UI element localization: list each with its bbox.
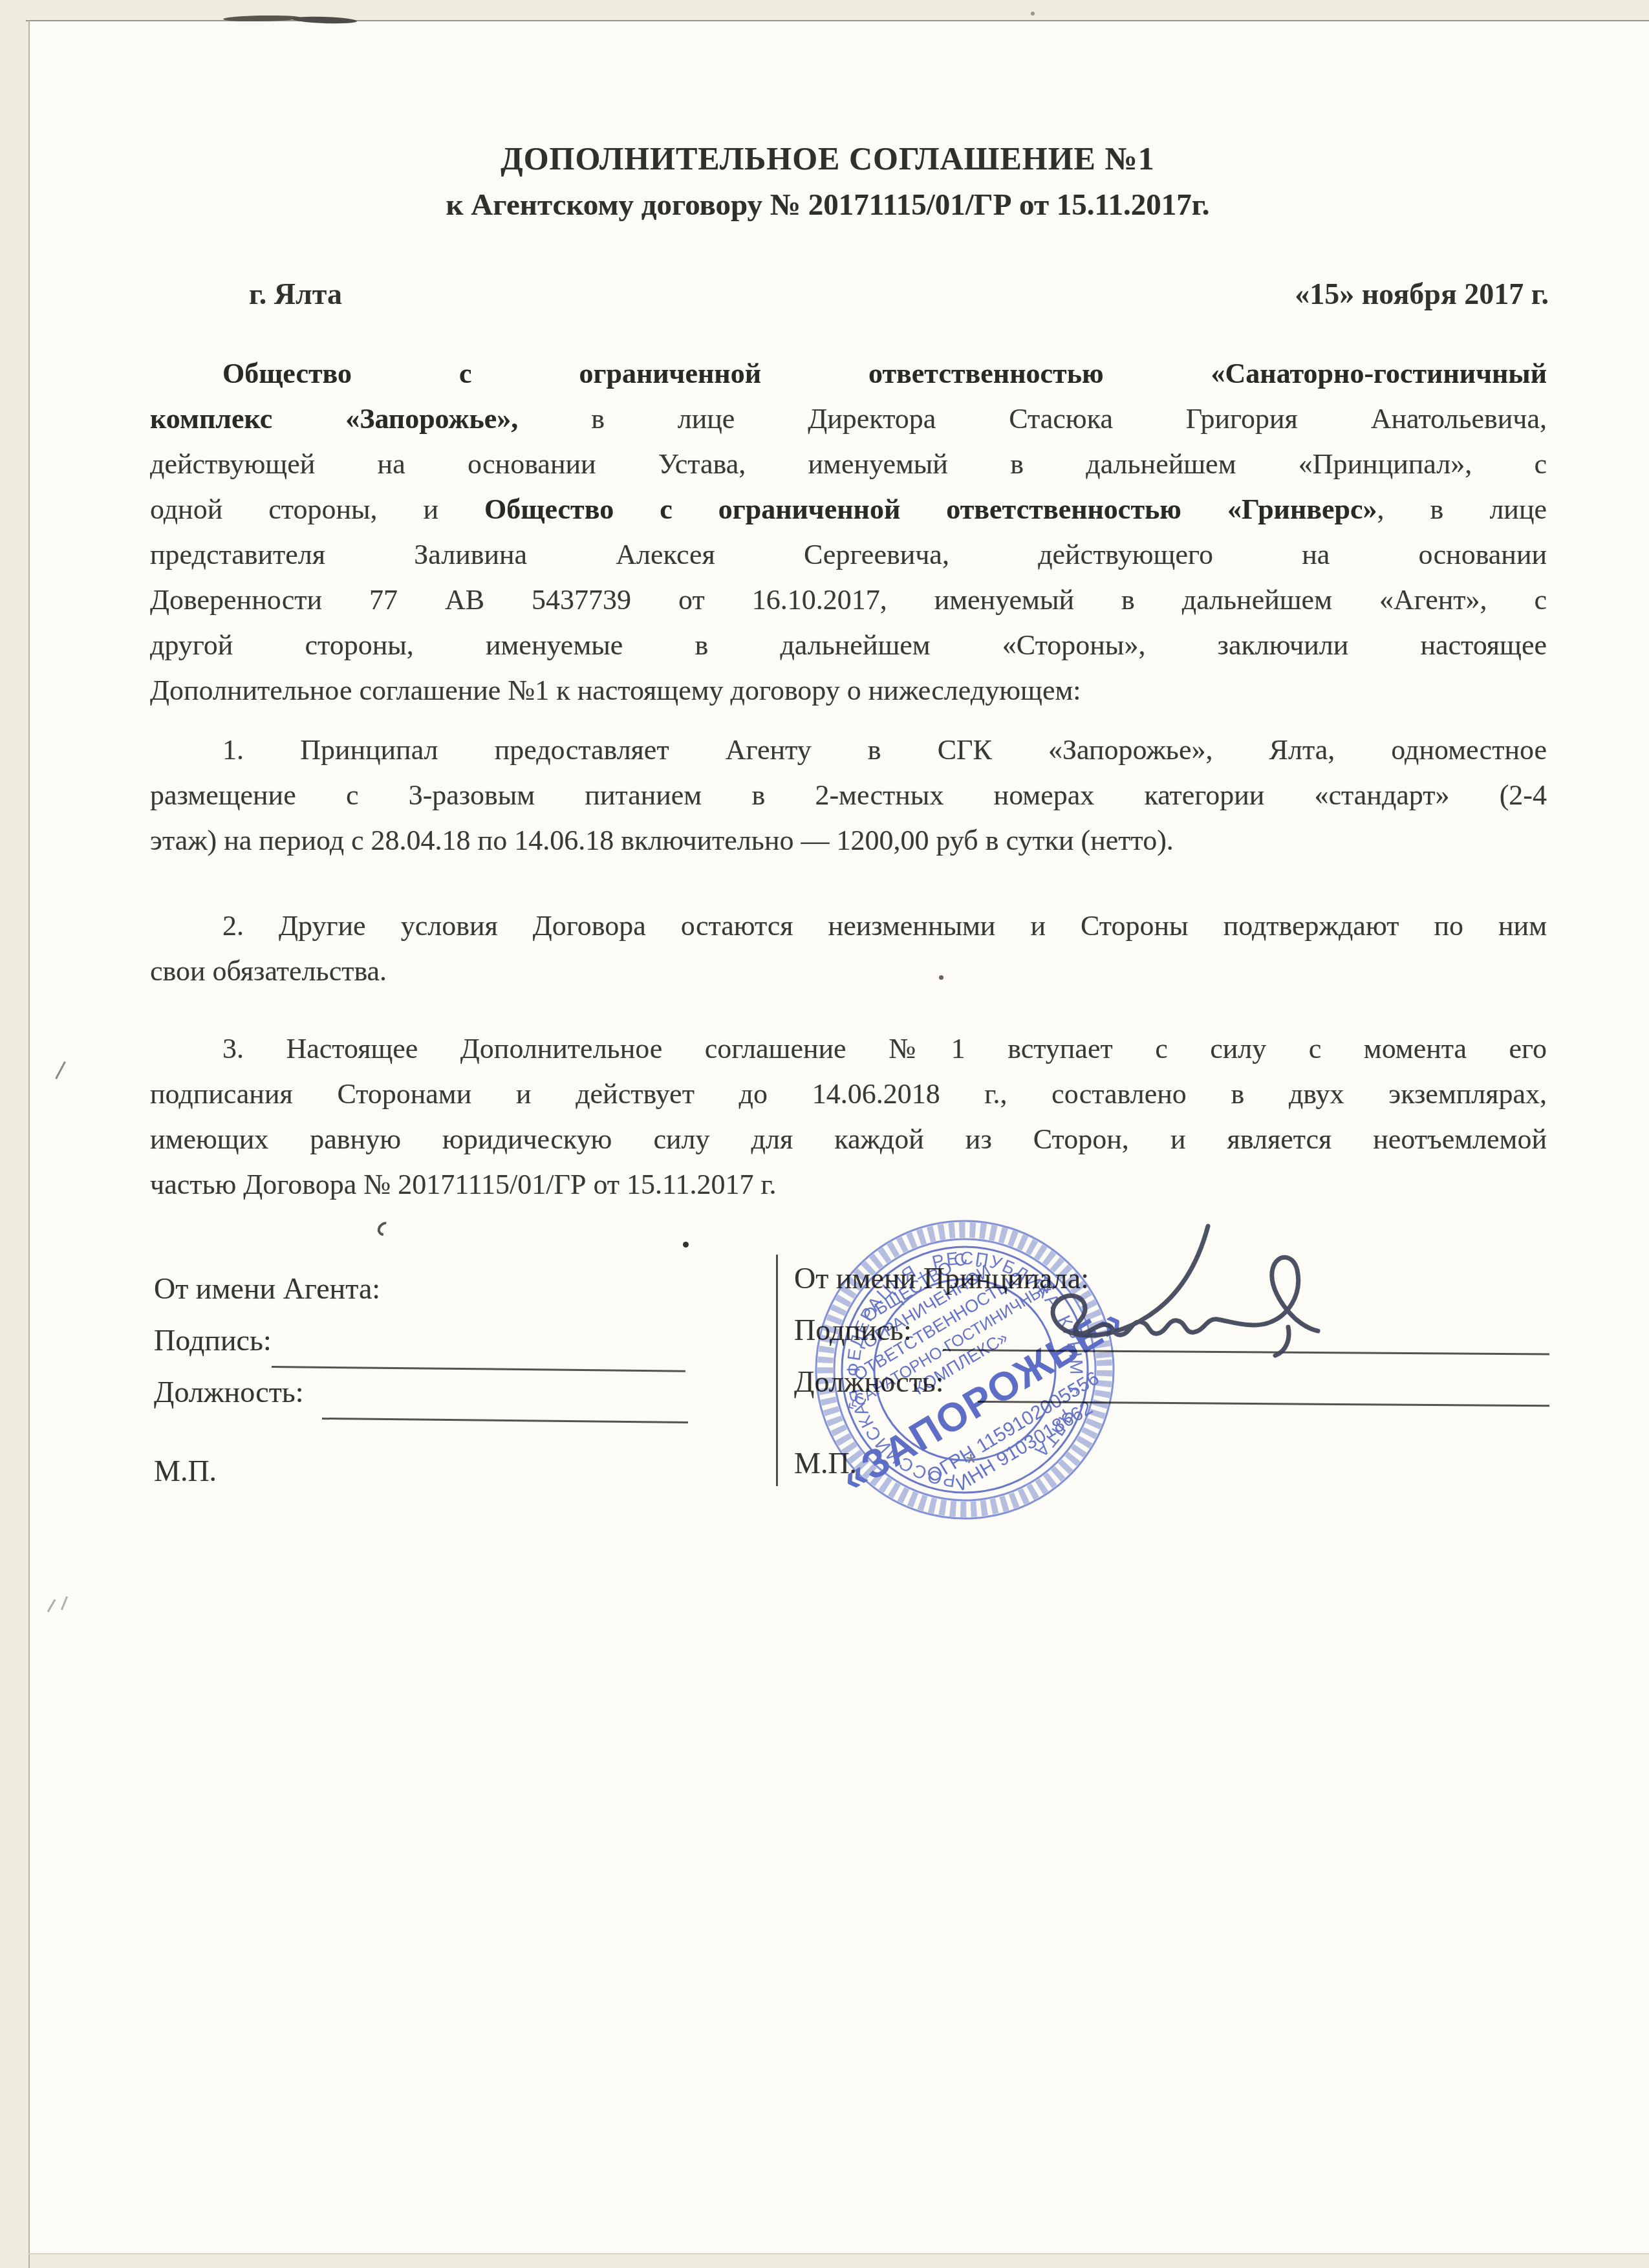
- text-run: свои обязательства.: [150, 955, 387, 987]
- text-line: Дополнительное соглашение №1 к настоящем…: [150, 668, 1547, 713]
- bold-run: Общество с ограниченной ответственностью…: [484, 493, 1377, 525]
- company-stamp: РОССИЙСКАЯ ФЕДЕРАЦИЯ, РЕСПУБЛИКА КРЫМ г.…: [738, 1143, 1191, 1596]
- bold-run: комплекс «Запорожье»,: [150, 403, 518, 435]
- text-line: этаж) на период с 28.04.18 по 14.06.18 в…: [150, 818, 1547, 863]
- text-run: одной стороны, и: [150, 493, 484, 525]
- text-run: представителя Заливина Алексея Сергеевич…: [150, 539, 1547, 570]
- text-run: Дополнительное соглашение №1 к настоящем…: [150, 675, 1081, 706]
- text-run: , в лице: [1377, 493, 1547, 525]
- text-run: подписания Сторонами и действует до 14.0…: [150, 1078, 1547, 1110]
- text-line: представителя Заливина Алексея Сергеевич…: [150, 532, 1547, 578]
- scan-artifact-dot: [1031, 12, 1035, 16]
- text-line: 3. Настоящее Дополнительное соглашение №…: [150, 1026, 1547, 1072]
- text-run: 3. Настоящее Дополнительное соглашение №…: [222, 1033, 1547, 1064]
- scanned-document-page: { "document": { "title_line1": "ДОПОЛНИТ…: [0, 0, 1649, 2268]
- text-line: действующей на основании Устава, именуем…: [150, 442, 1547, 487]
- text-line: Общество с ограниченной ответственностью…: [150, 351, 1547, 396]
- text-run: размещение с 3-разовым питанием в 2-мест…: [150, 779, 1547, 811]
- preamble-paragraph: Общество с ограниченной ответственностью…: [150, 351, 1547, 713]
- paper-edge-bottom: [28, 2253, 1649, 2254]
- text-run: этаж) на период с 28.04.18 по 14.06.18 в…: [150, 825, 1174, 856]
- text-run: действующей на основании Устава, именуем…: [150, 448, 1547, 480]
- text-line: комплекс «Запорожье», в лице Директора С…: [150, 396, 1547, 442]
- paper-edge-left: [28, 20, 30, 2268]
- text-line: одной стороны, и Общество с ограниченной…: [150, 487, 1547, 532]
- text-line: 2. Другие условия Договора остаются неиз…: [150, 903, 1547, 949]
- text-line: 1. Принципал предоставляет Агенту в СГК …: [150, 728, 1547, 773]
- scan-artifact-dot: [939, 975, 943, 980]
- text-run: в лице Директора Стасюка Григория Анатол…: [518, 403, 1547, 435]
- document-subtitle: к Агентскому договору № 20171115/01/ГР о…: [103, 188, 1552, 222]
- agent-sign-label: Подпись:: [154, 1323, 272, 1357]
- text-line: Доверенности 77 АВ 5437739 от 16.10.2017…: [150, 578, 1547, 623]
- document-city: г. Ялта: [249, 277, 342, 311]
- text-line: размещение с 3-разовым питанием в 2-мест…: [150, 773, 1547, 818]
- text-run: 1. Принципал предоставляет Агенту в СГК …: [222, 734, 1547, 766]
- clause-2-paragraph: 2. Другие условия Договора остаются неиз…: [150, 903, 1547, 994]
- agent-seal-placeholder: М.П.: [154, 1454, 217, 1488]
- text-line: другой стороны, именуемые в дальнейшем «…: [150, 623, 1547, 668]
- scan-artifact-dot: [683, 1242, 689, 1247]
- text-line: свои обязательства.: [150, 949, 1547, 994]
- text-line: подписания Сторонами и действует до 14.0…: [150, 1072, 1547, 1117]
- document-title: ДОПОЛНИТЕЛЬНОЕ СОГЛАШЕНИЕ №1: [103, 140, 1552, 177]
- bold-run: Общество с ограниченной ответственностью…: [222, 358, 1547, 389]
- agent-heading: От имени Агента:: [154, 1271, 380, 1306]
- text-run: частью Договора № 20171115/01/ГР от 15.1…: [150, 1169, 777, 1200]
- clause-1-paragraph: 1. Принципал предоставляет Агенту в СГК …: [150, 728, 1547, 863]
- agent-position-label: Должность:: [154, 1375, 304, 1409]
- text-run: другой стороны, именуемые в дальнейшем «…: [150, 629, 1547, 661]
- document-date: «15» ноября 2017 г.: [1295, 277, 1549, 311]
- text-run: Доверенности 77 АВ 5437739 от 16.10.2017…: [150, 584, 1547, 616]
- text-run: 2. Другие условия Договора остаются неиз…: [222, 910, 1547, 942]
